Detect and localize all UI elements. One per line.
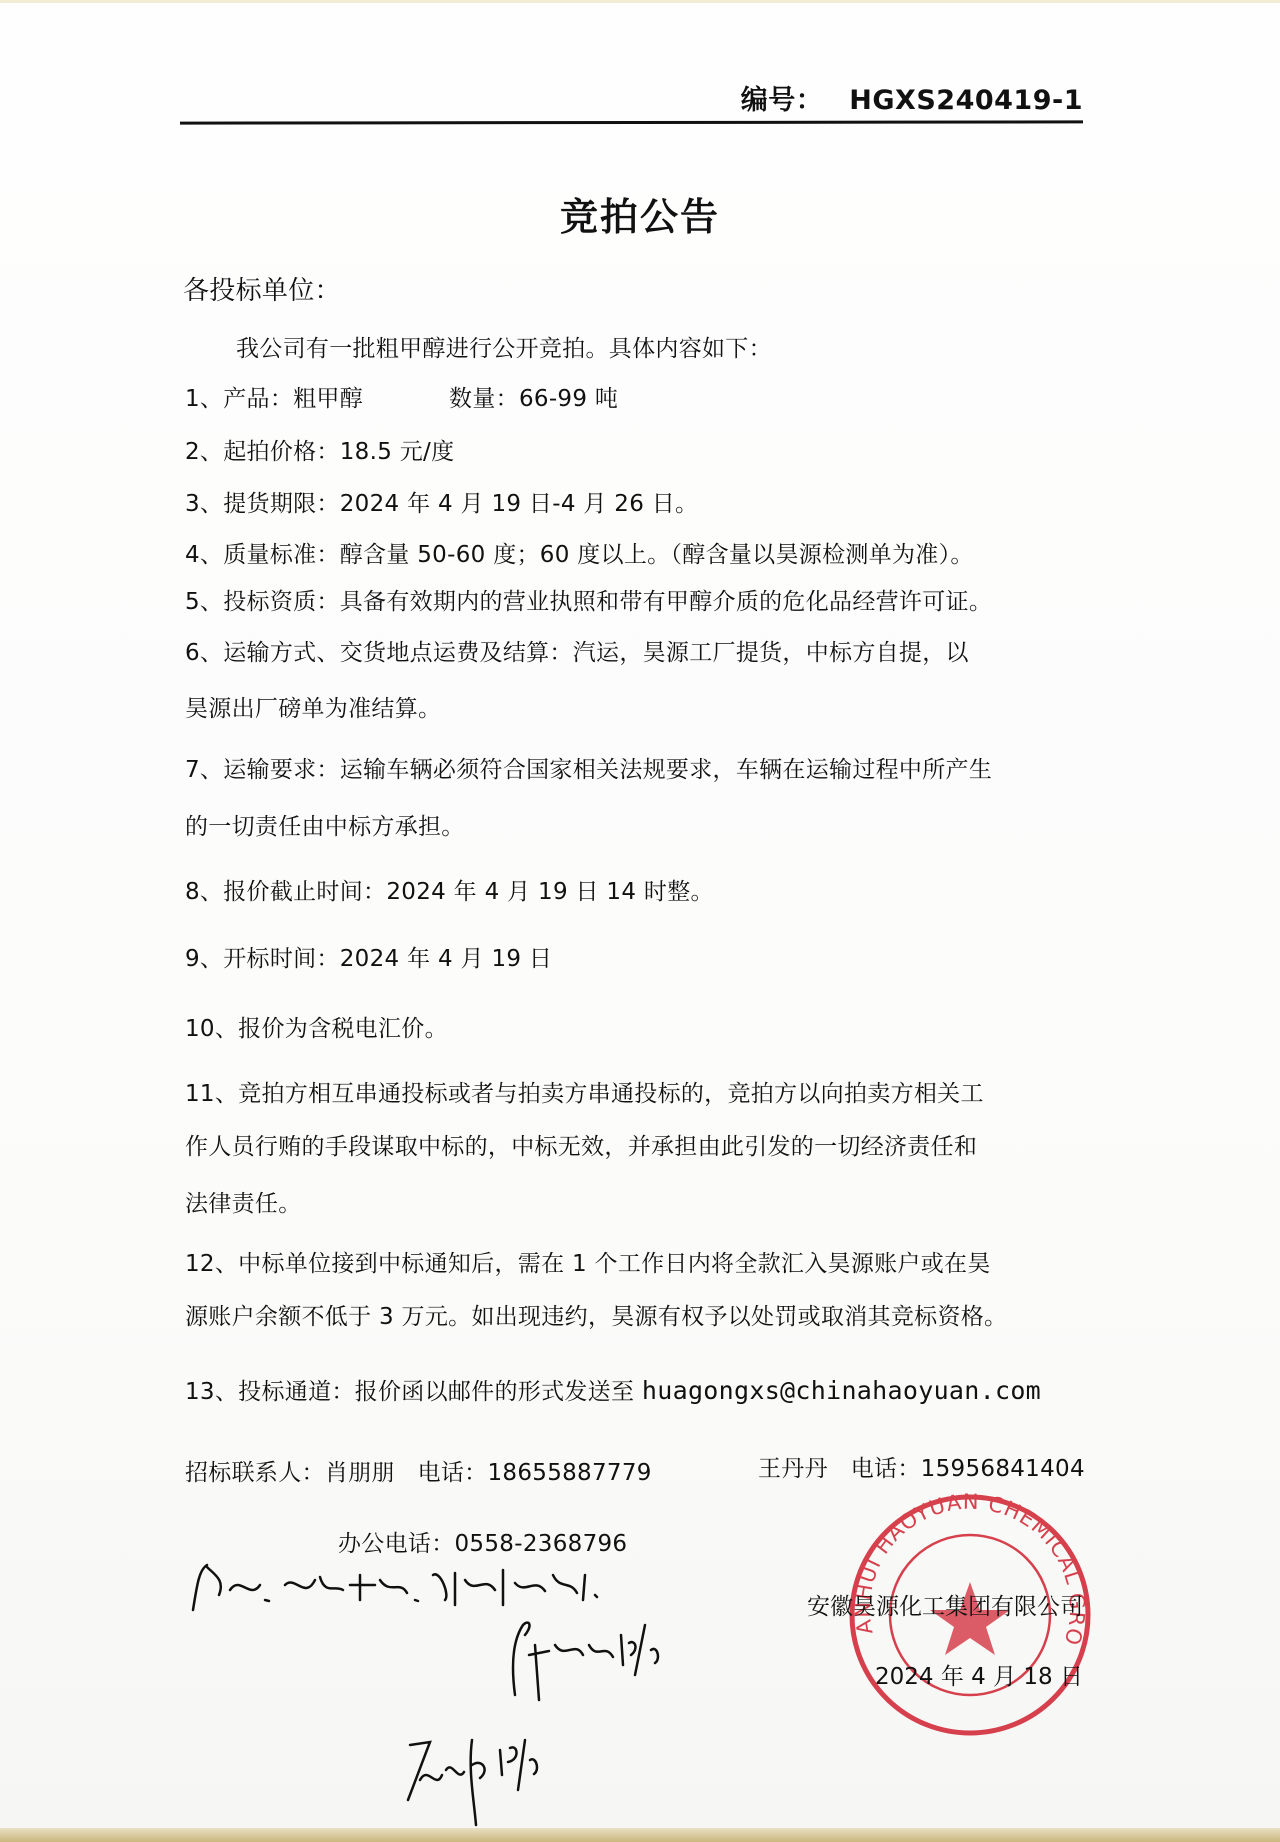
item-1-product: 1、产品：粗甲醇 xyxy=(185,386,363,412)
contact-phone-2: 电话：15956841404 xyxy=(851,1456,1085,1482)
item-13-text: 13、投标通道：报价函以邮件的形式发送至 xyxy=(185,1379,642,1405)
item-7-cont: 的一切责任由中标方承担。 xyxy=(185,808,465,841)
item-11: 11、竞拍方相互串通投标或者与拍卖方串通投标的，竞拍方以向拍卖方相关工 xyxy=(185,1075,984,1108)
item-11-cont2: 法律责任。 xyxy=(185,1185,302,1218)
signature-1-icon xyxy=(505,1615,675,1705)
item-7: 7、运输要求：运输车辆必须符合国家相关法规要求，车辆在运输过程中所产生 xyxy=(185,751,992,784)
contact-row: 招标联系人：肖朋朋 电话：18655887779 xyxy=(185,1454,652,1487)
item-13: 13、投标通道：报价函以邮件的形式发送至 huagongxs@chinahaoy… xyxy=(185,1373,1041,1406)
signature-2-icon xyxy=(400,1730,600,1830)
item-1-quantity: 数量：66-99 吨 xyxy=(449,386,618,412)
office-phone: 办公电话：0558-2368796 xyxy=(338,1525,627,1558)
item-9: 9、开标时间：2024 年 4 月 19 日 xyxy=(185,940,552,973)
paper-edge-bottom xyxy=(0,1828,1280,1842)
contact-label: 招标联系人： xyxy=(185,1460,325,1486)
item-10: 10、报价为含税电汇价。 xyxy=(185,1010,448,1043)
contact-row-2: 王丹丹 电话：15956841404 xyxy=(758,1450,1085,1483)
paper-edge-top xyxy=(0,0,1280,3)
greeting: 各投标单位： xyxy=(183,270,341,307)
item-12: 12、中标单位接到中标通知后，需在 1 个工作日内将全款汇入昊源账户或在昊 xyxy=(185,1245,991,1278)
contact-person-1: 肖朋朋 xyxy=(325,1460,395,1486)
item-6: 6、运输方式、交货地点运费及结算：汽运，昊源工厂提货，中标方自提，以 xyxy=(185,634,969,667)
item-6-cont: 昊源出厂磅单为准结算。 xyxy=(185,690,441,723)
item-4: 4、质量标准：醇含量 50-60 度；60 度以上。（醇含量以昊源检测单为准）。 xyxy=(185,536,974,569)
document-number-value: HGXS240419-1 xyxy=(849,85,1083,116)
item-2: 2、起拍价格：18.5 元/度 xyxy=(185,433,454,466)
item-1: 1、产品：粗甲醇数量：66-99 吨 xyxy=(185,380,618,413)
contact-phone-1: 电话：18655887779 xyxy=(418,1460,652,1486)
intro-paragraph: 我公司有一批粗甲醇进行公开竞拍。具体内容如下： xyxy=(236,330,772,363)
item-11-cont: 作人员行贿的手段谋取中标的，中标无效，并承担由此引发的一切经济责任和 xyxy=(185,1128,977,1161)
item-12-cont: 源账户余额不低于 3 万元。如出现违约，昊源有权予以处罚或取消其竞标资格。 xyxy=(185,1298,1007,1331)
item-8: 8、报价截止时间：2024 年 4 月 19 日 14 时整。 xyxy=(185,873,714,906)
document-number: 编号：HGXS240419-1 xyxy=(741,78,1083,117)
company-name: 安徽昊源化工集团有限公司 xyxy=(807,1588,1083,1621)
item-3: 3、提货期限：2024 年 4 月 19 日-4 月 26 日。 xyxy=(185,485,698,518)
page-title: 竞拍公告 xyxy=(0,186,1280,241)
document-number-label: 编号： xyxy=(741,85,824,116)
document-page: 编号：HGXS240419-1 竞拍公告 各投标单位： 我公司有一批粗甲醇进行公… xyxy=(0,0,1280,1842)
email-link[interactable]: huagongxs@chinahaoyuan.com xyxy=(642,1376,1041,1405)
issue-date: 2024 年 4 月 18 日 xyxy=(875,1658,1083,1691)
contact-person-2: 王丹丹 xyxy=(758,1456,828,1482)
header-rule xyxy=(180,120,1083,124)
item-5: 5、投标资质：具备有效期内的营业执照和带有甲醇介质的危化品经营许可证。 xyxy=(185,583,992,616)
